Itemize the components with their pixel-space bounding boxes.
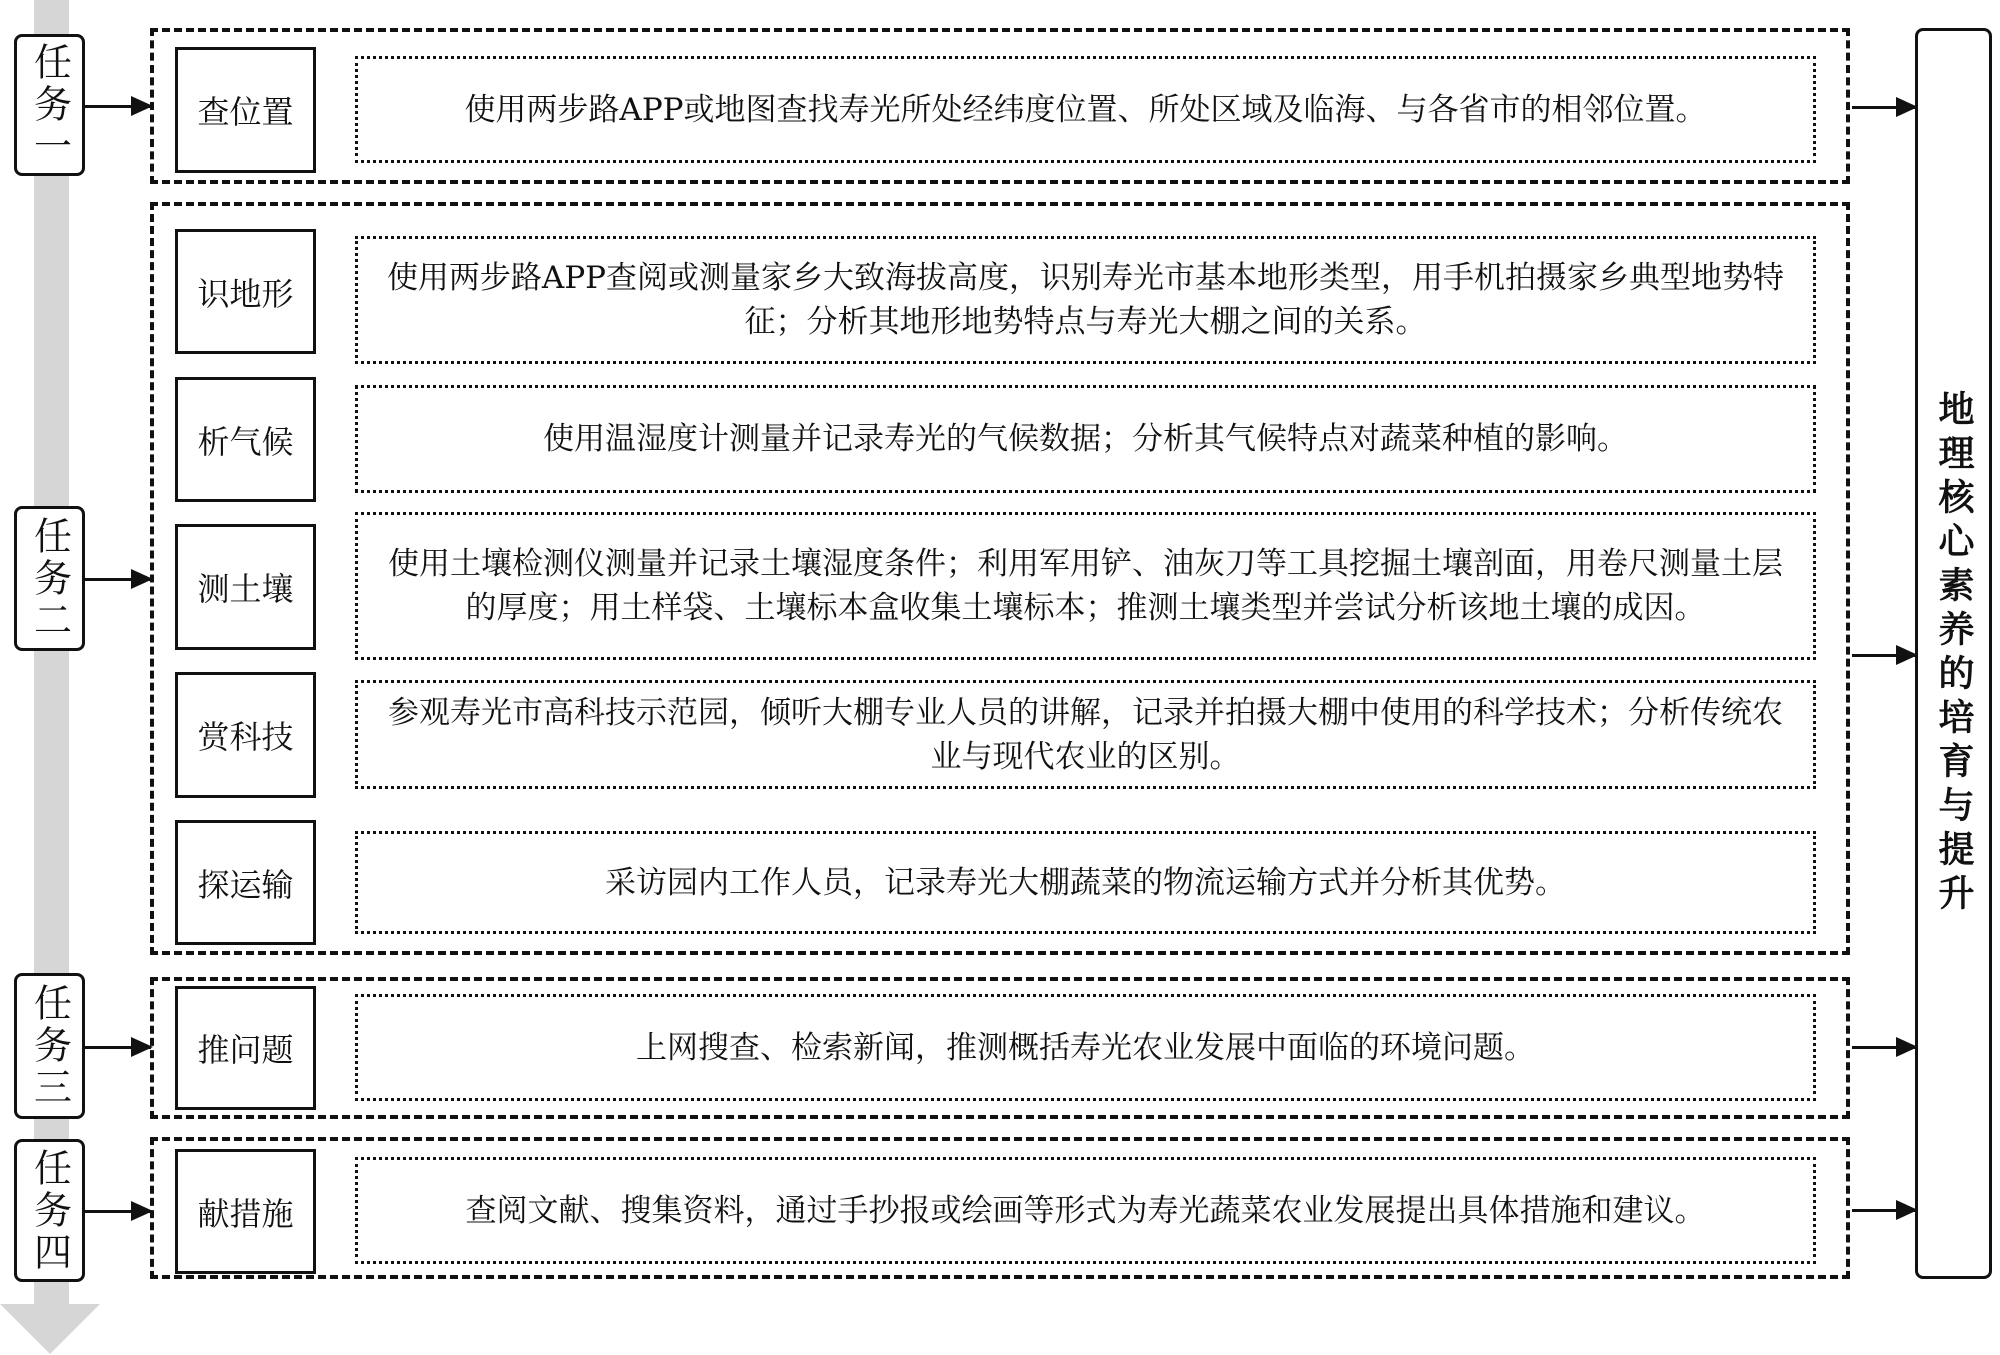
task-2-box: 任务二 — [14, 506, 85, 651]
step-desc-location: 使用两步路APP或地图查找寿光所处经纬度位置、所处区域及临海、与各省市的相邻位置… — [355, 56, 1816, 163]
task-3-box: 任务三 — [14, 973, 85, 1119]
task-1-label: 任务一 — [31, 42, 69, 168]
goal-box: 地理核心素养的培育与提升 — [1915, 28, 1992, 1279]
task-3-label: 任务三 — [31, 983, 69, 1109]
arrow-group-4-icon — [1852, 1209, 1916, 1212]
step-label-location: 查位置 — [175, 47, 316, 173]
arrow-task-1-icon — [85, 105, 151, 108]
arrow-task-3-icon — [85, 1046, 151, 1049]
flow-arrow-head-icon — [0, 1304, 100, 1354]
arrow-group-1-icon — [1852, 106, 1916, 109]
arrow-task-4-icon — [85, 1210, 151, 1213]
step-desc-measures: 查阅文献、搜集资料，通过手抄报或绘画等形式为寿光蔬菜农业发展提出具体措施和建议。 — [355, 1157, 1816, 1264]
task-1-box: 任务一 — [14, 34, 85, 176]
goal-label: 地理核心素养的培育与提升 — [1928, 390, 1979, 918]
step-label-terrain: 识地形 — [175, 229, 316, 354]
step-desc-technology: 参观寿光市高科技示范园，倾听大棚专业人员的讲解，记录并拍摄大棚中使用的科学技术；… — [355, 680, 1816, 789]
task-2-label: 任务二 — [31, 516, 69, 642]
task-4-label: 任务四 — [31, 1148, 69, 1274]
arrow-group-2-icon — [1852, 654, 1916, 657]
step-desc-transport: 采访园内工作人员，记录寿光大棚蔬菜的物流运输方式并分析其优势。 — [355, 831, 1816, 934]
arrow-task-2-icon — [85, 578, 151, 581]
step-label-technology: 赏科技 — [175, 672, 316, 798]
step-desc-soil: 使用土壤检测仪测量并记录土壤湿度条件；利用军用铲、油灰刀等工具挖掘土壤剖面，用卷… — [355, 512, 1816, 660]
step-desc-terrain: 使用两步路APP查阅或测量家乡大致海拔高度，识别寿光市基本地形类型，用手机拍摄家… — [355, 236, 1816, 364]
step-label-problem: 推问题 — [175, 986, 316, 1110]
step-label-measures: 献措施 — [175, 1149, 316, 1274]
step-label-soil: 测土壤 — [175, 524, 316, 650]
step-desc-climate: 使用温湿度计测量并记录寿光的气候数据；分析其气候特点对蔬菜种植的影响。 — [355, 385, 1816, 493]
arrow-group-3-icon — [1852, 1046, 1916, 1049]
task-4-box: 任务四 — [14, 1139, 85, 1282]
step-desc-problem: 上网搜查、检索新闻，推测概括寿光农业发展中面临的环境问题。 — [355, 994, 1816, 1101]
step-label-climate: 析气候 — [175, 377, 316, 502]
step-label-transport: 探运输 — [175, 820, 316, 945]
